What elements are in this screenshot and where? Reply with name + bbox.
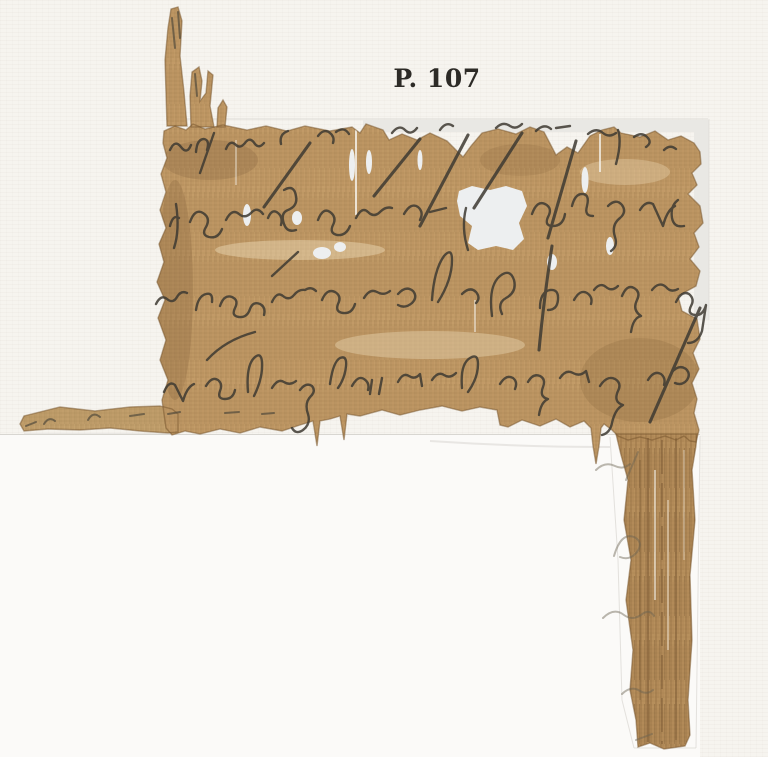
- white-mount-card: [0, 434, 700, 757]
- plate-scan-page: { "page": { "width": 768, "height": 757,…: [0, 0, 768, 757]
- papyrus-photo: [0, 0, 768, 757]
